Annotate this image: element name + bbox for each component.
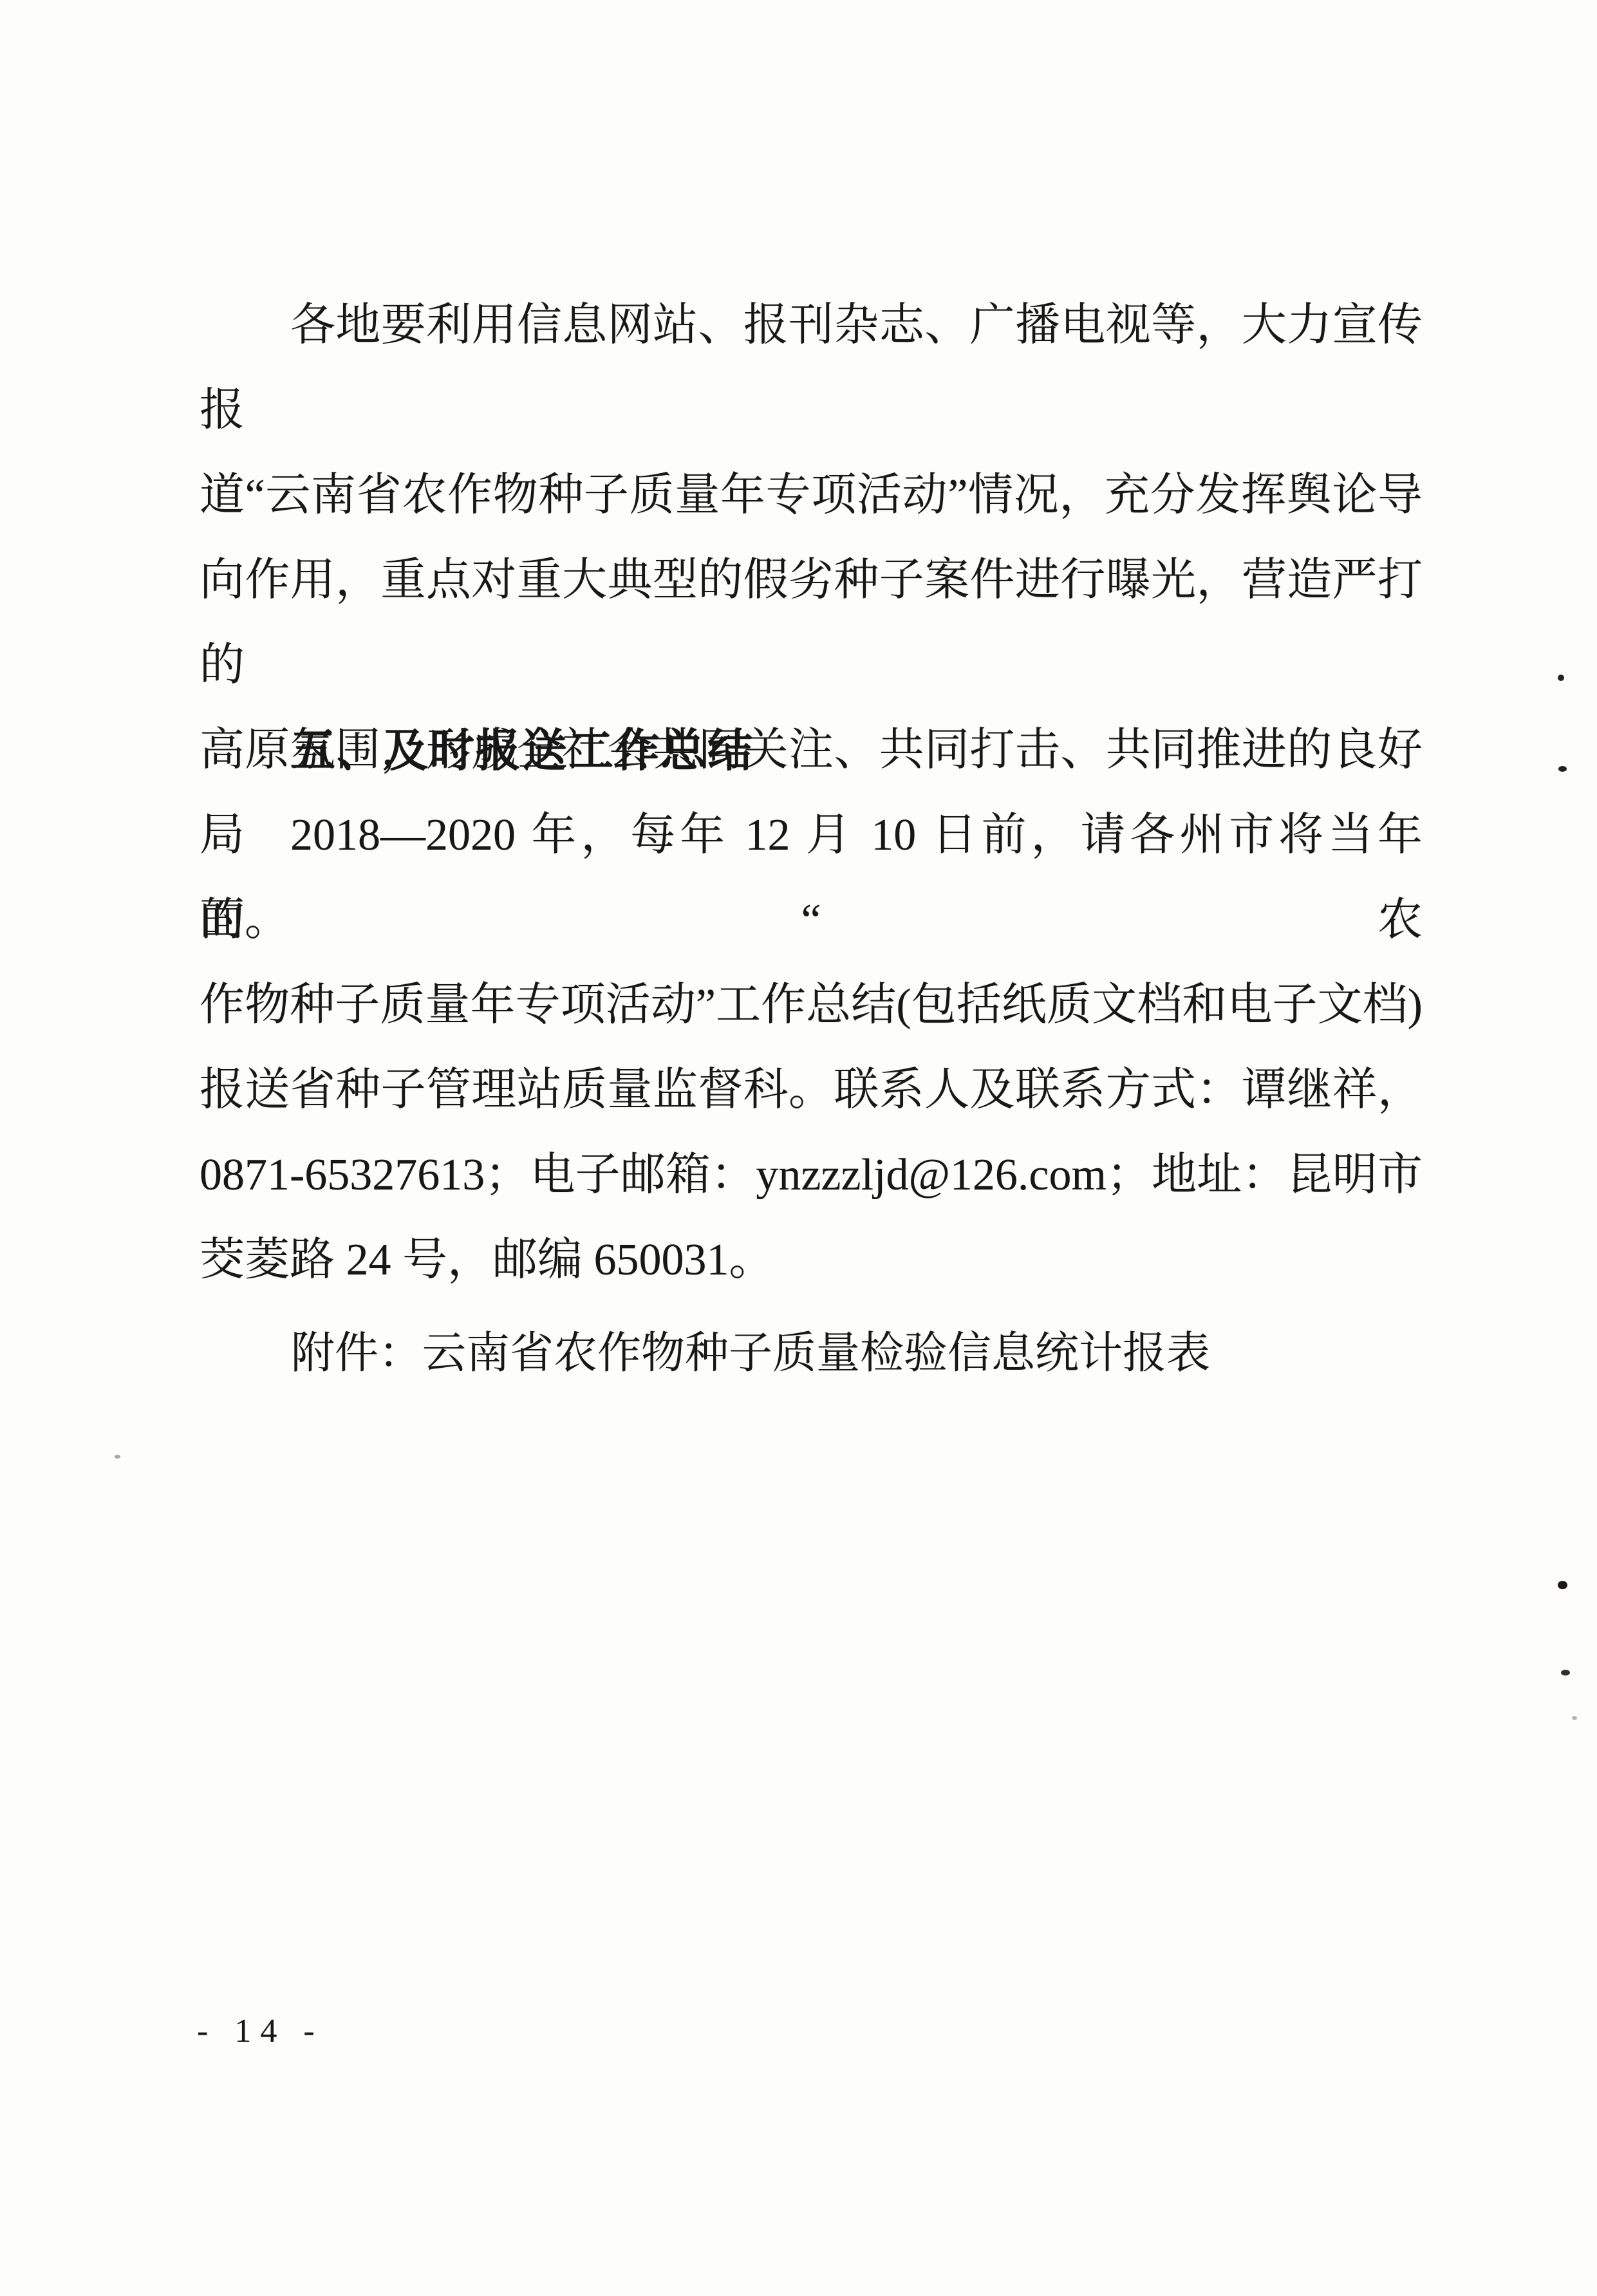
paragraph-line: 茭菱路 24 号，邮编 650031。 — [200, 1218, 1423, 1303]
paragraph-line: 2018—2020 年，每年 12 月 10 日前，请各州市将当年的“农 — [200, 793, 1423, 963]
paragraph-line: 0871-65327613；电子邮箱：ynzzzljd@126.com；地址：昆… — [200, 1133, 1423, 1218]
scan-speck — [1558, 1581, 1567, 1589]
paragraph-reporting: 2018—2020 年，每年 12 月 10 日前，请各州市将当年的“农 作物种… — [200, 793, 1423, 1303]
scan-speck — [1572, 1716, 1577, 1720]
scan-speck — [115, 1455, 120, 1459]
section-heading: 五、及时报送工作总结 — [200, 708, 1423, 793]
scan-speck — [1558, 675, 1564, 681]
paragraph-line: 向作用，重点对重大典型的假劣种子案件进行曝光，营造严打的 — [200, 538, 1423, 708]
scanned-document-page: 各地要利用信息网站、报刊杂志、广播电视等，大力宣传报 道“云南省农作物种子质量年… — [0, 0, 1597, 2296]
paragraph-line: 各地要利用信息网站、报刊杂志、广播电视等，大力宣传报 — [200, 283, 1423, 453]
paragraph-line: 道“云南省农作物种子质量年专项活动”情况，充分发挥舆论导 — [200, 453, 1423, 538]
paragraph-line: 报送省种子管理站质量监督科。联系人及联系方式：谭继祥， — [200, 1048, 1423, 1133]
attachment-note: 附件：云南省农作物种子质量检验信息统计报表 — [200, 1311, 1423, 1395]
paragraph-line: 作物种子质量年专项活动”工作总结(包括纸质文档和电子文档) — [200, 963, 1423, 1048]
scan-speck — [1561, 1670, 1570, 1675]
scan-speck — [1558, 766, 1567, 772]
page-number: - 14 - — [197, 2008, 324, 2055]
